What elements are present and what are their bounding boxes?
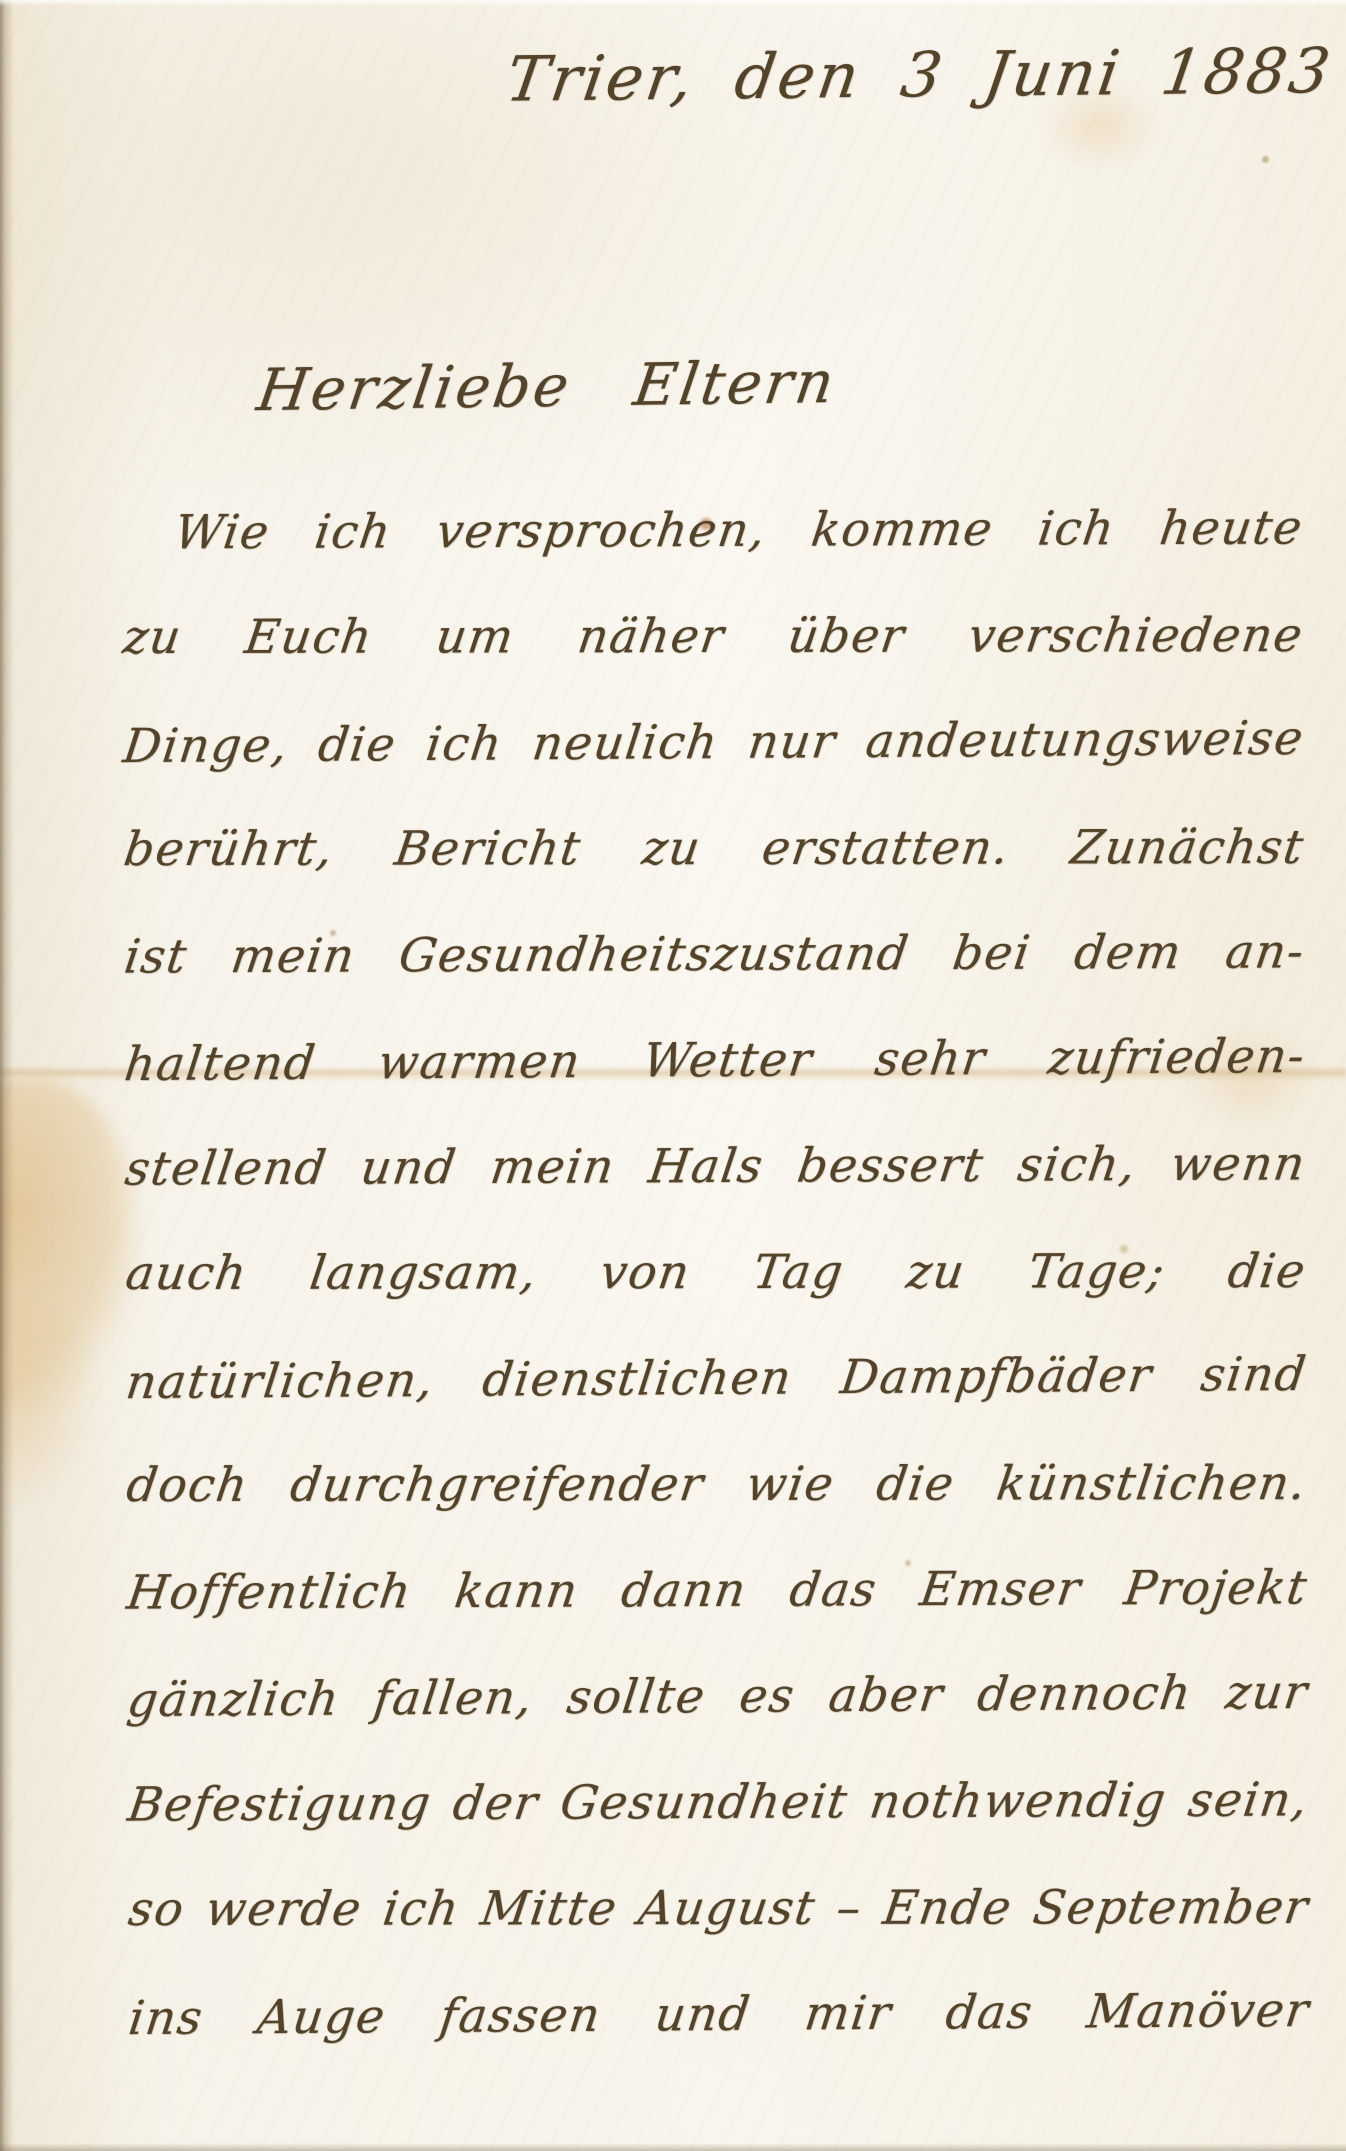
letter-line: doch durchgreifender wie die künstlichen… <box>120 1431 1314 1539</box>
scan-edge-shadow <box>0 0 14 2151</box>
letter-line: gänzlich fallen, sollte es aber dennoch … <box>121 1640 1315 1754</box>
letter-line: Dinge, die ich neulich nur andeutungswei… <box>117 686 1311 800</box>
letter-line: ist mein Gesundheitszustand bei dem an- <box>117 899 1311 1010</box>
letter-line: Wie ich versprochen, komme ich heute <box>116 475 1310 586</box>
letter-line: berührt, Bericht zu erstatten. Zunächst <box>117 795 1311 903</box>
letter-line: auch langsam, von Tag zu Tage; die <box>119 1219 1313 1327</box>
letter-line: so werde ich Mitte August – Ende Septemb… <box>122 1855 1316 1963</box>
dateline: Trier, den 3 Juni 1883 <box>502 34 1338 116</box>
letter-line: haltend warmen Wetter sehr zufrieden- <box>118 1004 1312 1118</box>
letter-line: stellend und mein Hals bessert sich, wen… <box>118 1111 1312 1222</box>
ink-speck <box>1262 156 1269 163</box>
salutation: Herzliebe Eltern <box>253 348 841 424</box>
letter-line: Hoffentlich kann dann das Emser Projekt <box>120 1535 1314 1646</box>
letter-page: Trier, den 3 Juni 1883 Herzliebe Eltern … <box>0 0 1346 2151</box>
letter-body: Wie ich versprochen, komme ich heute zu … <box>123 475 1320 2070</box>
scan-edge-highlight <box>0 0 1346 6</box>
letter-line: zu Euch um näher über verschiedene <box>116 583 1310 691</box>
letter-line: ins Auge fassen und mir das Manöver <box>122 1958 1316 2072</box>
scan-edge-shadow <box>0 2143 1346 2151</box>
letter-line: natürlichen, dienstlichen Dampfbäder sin… <box>120 1322 1314 1436</box>
letter-line: Befestigung der Gesundheit nothwendig se… <box>121 1747 1315 1858</box>
